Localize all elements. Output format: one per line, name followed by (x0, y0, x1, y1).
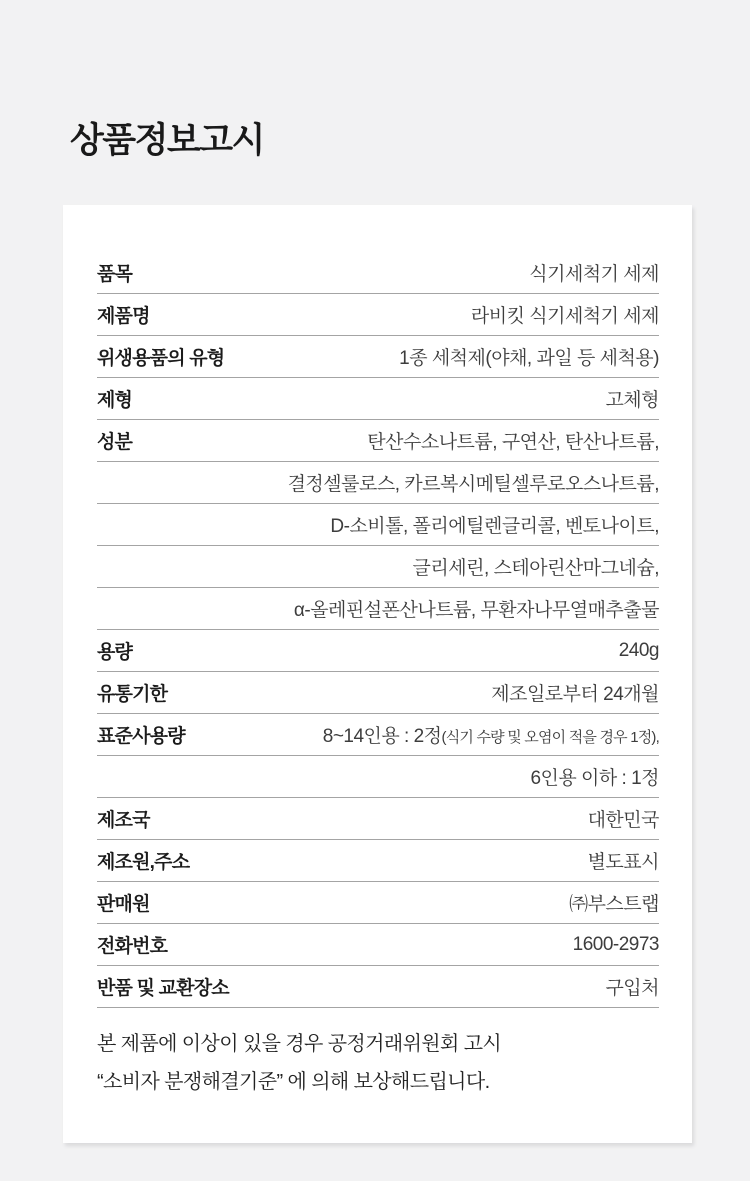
row-label: 판매원 (97, 889, 150, 916)
table-row: 유통기한제조일로부터 24개월 (97, 672, 659, 714)
row-value-text: 1600-2973 (573, 934, 659, 955)
table-row: 제조국대한민국 (97, 798, 659, 840)
row-value: 구입처 (229, 973, 659, 1000)
table-row: 판매원㈜부스트랩 (97, 882, 659, 924)
row-value: 라비킷 식기세척기 세제 (150, 301, 659, 328)
row-label: 전화번호 (97, 931, 167, 958)
row-value: 240g (132, 640, 659, 662)
page-title: 상품정보고시 (70, 123, 264, 158)
row-label: 제형 (97, 385, 132, 412)
table-row: 위생용품의 유형1종 세척제(야채, 과일 등 세척용) (97, 336, 659, 378)
row-value: 1600-2973 (167, 934, 659, 956)
row-value-text: 탄산수소나트륨, 구연산, 탄산나트륨, (367, 432, 659, 453)
row-value-text: 결정셀룰로스, 카르복시메틸셀루로오스나트륨, (288, 474, 659, 495)
table-row: D-소비톨, 폴리에틸렌글리콜, 벤토나이트, (97, 504, 659, 546)
table-row: 글리세린, 스테아린산마그네슘, (97, 546, 659, 588)
row-value-text: 식기세척기 세제 (529, 264, 659, 285)
row-value: 식기세척기 세제 (132, 259, 659, 286)
row-value: 1종 세척제(야채, 과일 등 세척용) (224, 343, 659, 370)
row-value: 8~14인용 : 2정(식기 수량 및 오염이 적을 경우 1정), (185, 721, 659, 748)
row-value-text: 별도표시 (588, 852, 659, 873)
row-value: 고체형 (132, 385, 659, 412)
row-value: α-올레핀설폰산나트륨, 무환자나무열매추출물 (97, 595, 659, 622)
row-label: 반품 및 교환장소 (97, 973, 229, 1000)
row-value: 6인용 이하 : 1정 (97, 763, 659, 790)
row-label: 제품명 (97, 301, 150, 328)
row-label: 제조국 (97, 805, 150, 832)
row-label: 성분 (97, 427, 132, 454)
table-row: 성분탄산수소나트륨, 구연산, 탄산나트륨, (97, 420, 659, 462)
row-value-text: 제조일로부터 24개월 (491, 684, 659, 705)
table-row: 표준사용량8~14인용 : 2정(식기 수량 및 오염이 적을 경우 1정), (97, 714, 659, 756)
product-info-card: 품목식기세척기 세제제품명라비킷 식기세척기 세제위생용품의 유형1종 세척제(… (63, 205, 692, 1143)
row-value-small-text: (식기 수량 및 오염이 적을 경우 1정), (442, 729, 659, 746)
table-row: 용량240g (97, 630, 659, 672)
row-label: 제조원,주소 (97, 847, 189, 874)
compensation-notice-line2: “소비자 분쟁해결기준” 에 의해 보상해드립니다. (97, 1071, 490, 1093)
table-row: 제조원,주소별도표시 (97, 840, 659, 882)
row-value: 대한민국 (150, 805, 659, 832)
row-value-text: 8~14인용 : 2정 (323, 726, 442, 747)
row-value-text: α-올레핀설폰산나트륨, 무환자나무열매추출물 (294, 600, 659, 621)
table-row: 품목식기세척기 세제 (97, 252, 659, 294)
row-value-text: D-소비톨, 폴리에틸렌글리콜, 벤토나이트, (330, 516, 659, 537)
row-value: 글리세린, 스테아린산마그네슘, (97, 553, 659, 580)
row-label: 품목 (97, 259, 132, 286)
row-value-text: 고체형 (605, 390, 659, 411)
table-row: 제형고체형 (97, 378, 659, 420)
row-value-text: 6인용 이하 : 1정 (530, 768, 659, 789)
row-value-text: 240g (619, 640, 659, 661)
compensation-notice: 본 제품에 이상이 있을 경우 공정거래위원회 고시 “소비자 분쟁해결기준” … (97, 1025, 659, 1101)
row-label: 용량 (97, 637, 132, 664)
table-row: 전화번호1600-2973 (97, 924, 659, 966)
table-row: 반품 및 교환장소구입처 (97, 966, 659, 1008)
row-value: 별도표시 (189, 847, 659, 874)
table-row: 6인용 이하 : 1정 (97, 756, 659, 798)
table-row: α-올레핀설폰산나트륨, 무환자나무열매추출물 (97, 588, 659, 630)
row-value-text: 대한민국 (588, 810, 659, 831)
row-value: 탄산수소나트륨, 구연산, 탄산나트륨, (132, 427, 659, 454)
row-value: 제조일로부터 24개월 (167, 679, 659, 706)
row-value-text: ㈜부스트랩 (569, 894, 659, 915)
row-value-text: 라비킷 식기세척기 세제 (471, 306, 659, 327)
table-row: 결정셀룰로스, 카르복시메틸셀루로오스나트륨, (97, 462, 659, 504)
row-value: D-소비톨, 폴리에틸렌글리콜, 벤토나이트, (97, 511, 659, 538)
row-value: 결정셀룰로스, 카르복시메틸셀루로오스나트륨, (97, 469, 659, 496)
row-label: 위생용품의 유형 (97, 343, 224, 370)
row-value-text: 구입처 (605, 978, 659, 999)
row-value: ㈜부스트랩 (150, 889, 659, 916)
compensation-notice-line1: 본 제품에 이상이 있을 경우 공정거래위원회 고시 (97, 1033, 501, 1055)
product-info-table: 품목식기세척기 세제제품명라비킷 식기세척기 세제위생용품의 유형1종 세척제(… (97, 252, 659, 1008)
table-row: 제품명라비킷 식기세척기 세제 (97, 294, 659, 336)
row-value-text: 1종 세척제(야채, 과일 등 세척용) (399, 348, 659, 369)
row-value-text: 글리세린, 스테아린산마그네슘, (413, 558, 659, 579)
row-label: 표준사용량 (97, 721, 185, 748)
row-label: 유통기한 (97, 679, 167, 706)
